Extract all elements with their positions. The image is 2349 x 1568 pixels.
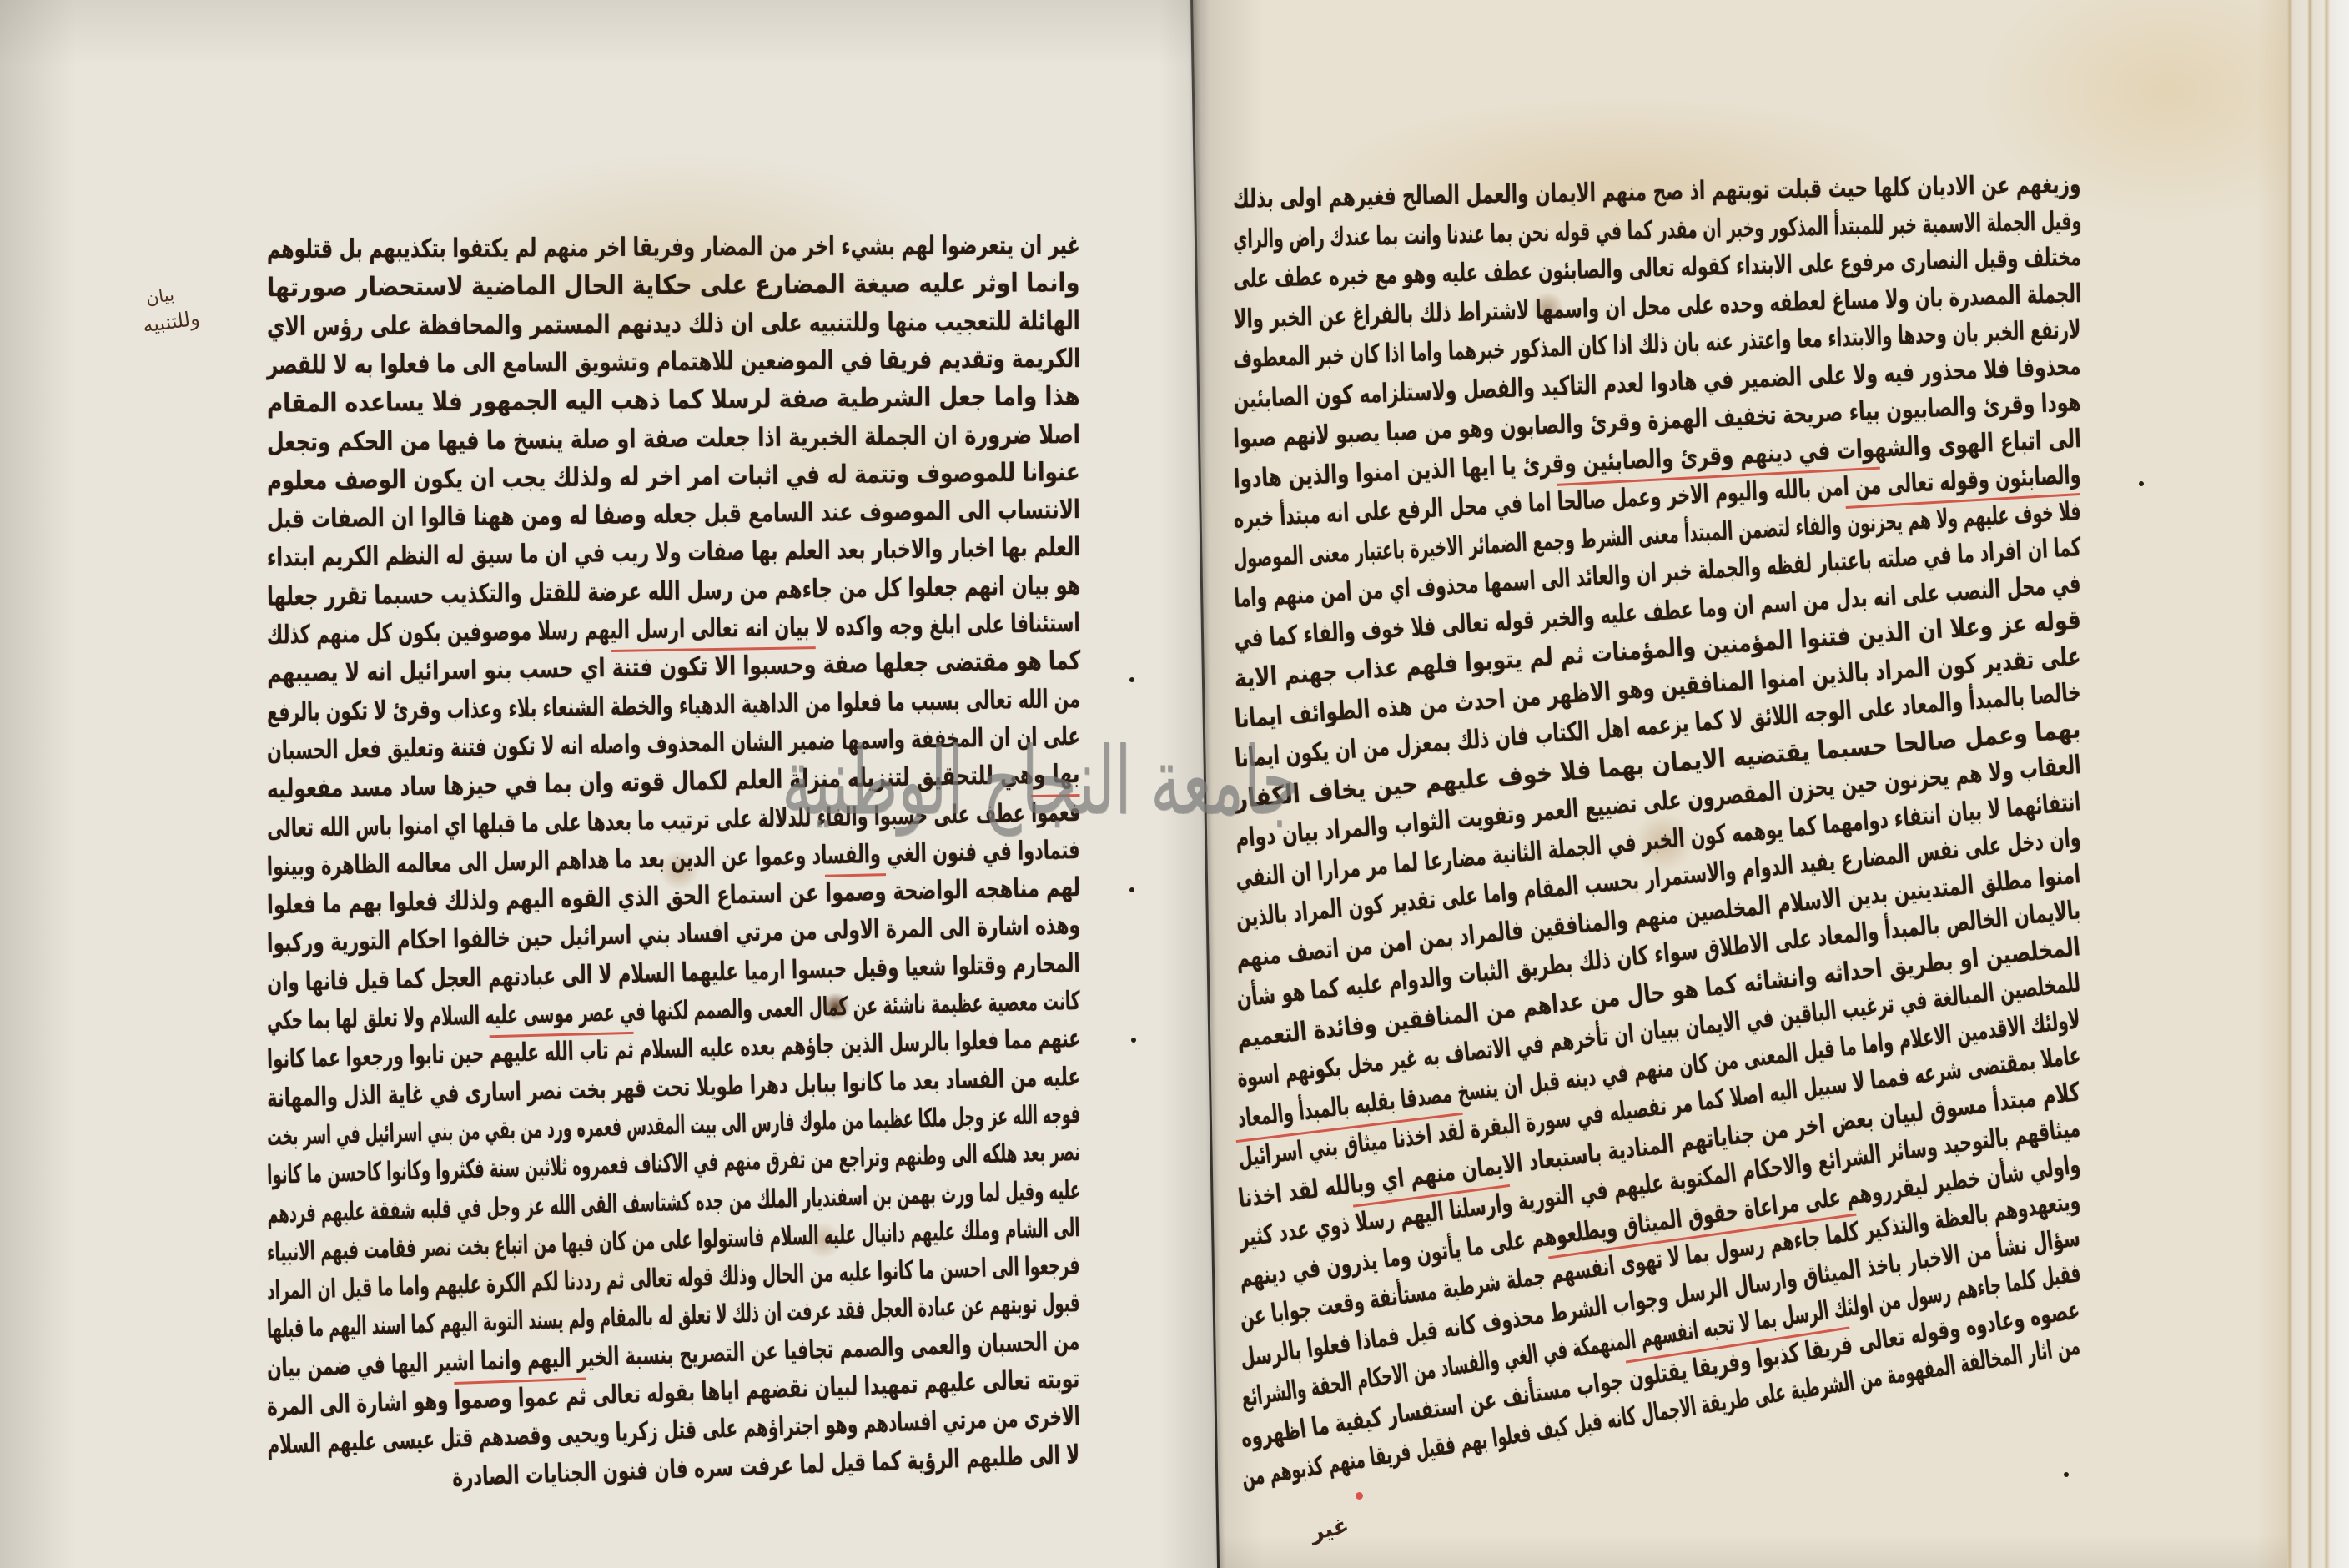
- left-page: [0, 0, 1218, 1568]
- ink-dot: [1129, 887, 1134, 892]
- stacked-page-edges: [2287, 0, 2349, 1568]
- right-page: [1185, 0, 2294, 1568]
- ink-dot: [1129, 677, 1134, 682]
- ink-dot: [2139, 481, 2144, 486]
- red-ink-dot: [1356, 1492, 1363, 1500]
- ink-dot: [2064, 1472, 2069, 1477]
- ink-dot: [1131, 1038, 1136, 1043]
- manuscript-spread: وزيغهم عن الاديان كلها حيث قبلت توبتهم ا…: [0, 0, 2349, 1568]
